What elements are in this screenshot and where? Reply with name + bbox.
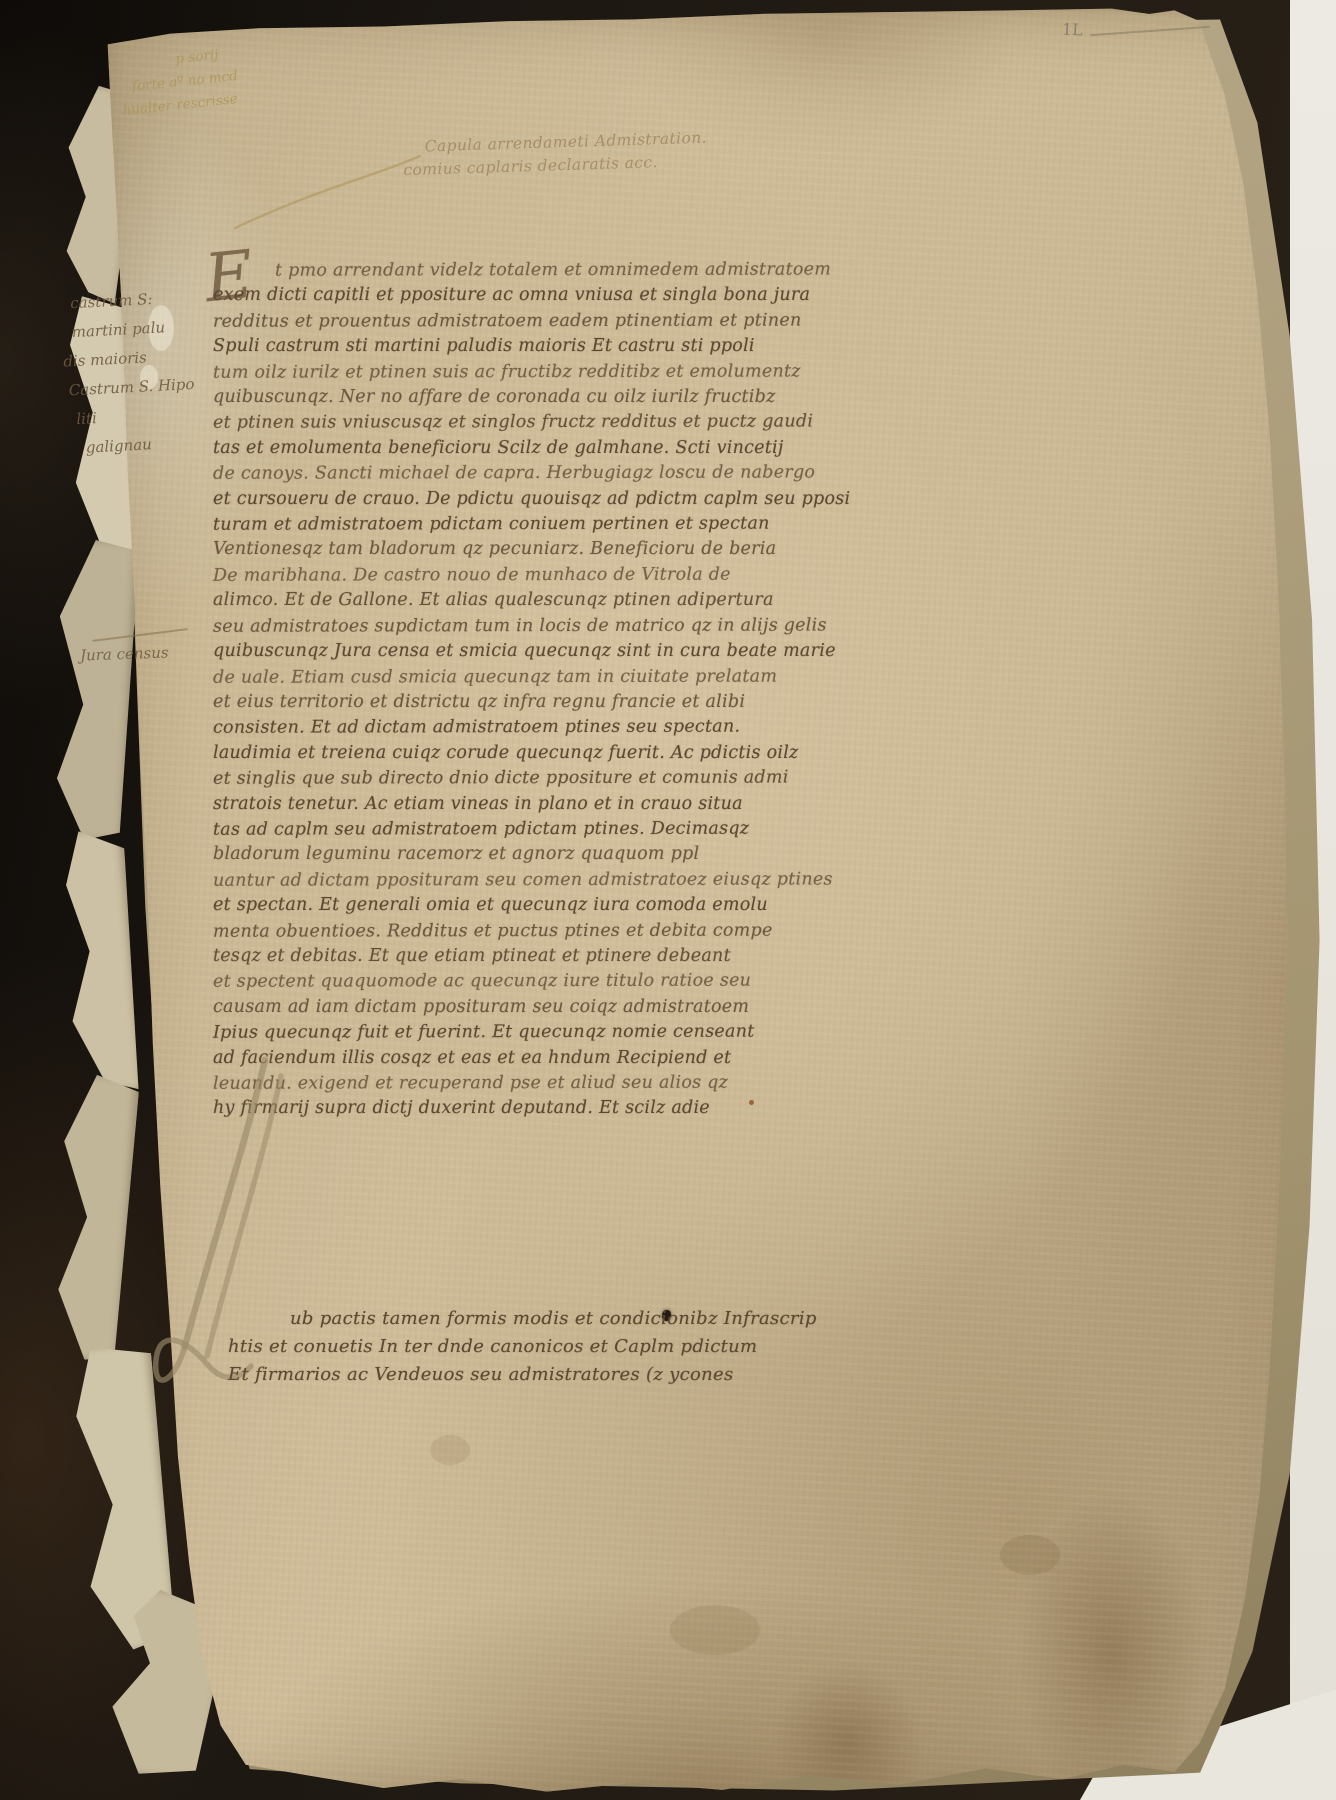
margin-note-jura: Jura census xyxy=(80,643,169,664)
text-line: tum oilz iurilz et ptinen suis ac fructi… xyxy=(213,359,913,386)
main-text-block: t pmo arrendant videlz totalem et omnime… xyxy=(213,258,913,1122)
text-line: tas ad caplm seu admistratoem pdictam pt… xyxy=(213,816,913,843)
stain-spot xyxy=(670,1605,760,1655)
frayed-gutter-tatter xyxy=(44,538,140,842)
margin-note-castra: castrum S: martini palu dis maioris Cast… xyxy=(70,283,199,463)
text-line: Spuli castrum sti martini paludis maiori… xyxy=(213,334,913,359)
manuscript-scan: 1L p sorij forte aº no mcd hualter rescr… xyxy=(0,0,1336,1800)
text-line: exem dicti capitli et ppositure ac omna … xyxy=(213,283,913,308)
corner-foliation-mark: 1L xyxy=(1062,19,1084,39)
text-line: de uale. Etiam cusd smicia quecunqz tam … xyxy=(213,664,913,691)
text-line: causam ad iam dictam pposituram seu coiq… xyxy=(213,995,913,1020)
text-line: de canoys. Sancti michael de capra. Herb… xyxy=(213,461,913,488)
stain-spot xyxy=(430,1435,470,1465)
text-line: et singlis que sub directo dnio dicte pp… xyxy=(213,765,913,792)
text-line: De maribhana. De castro nouo de munhaco … xyxy=(213,562,913,589)
text-line: et ptinen suis vniuscusqz et singlos fru… xyxy=(213,410,913,437)
text-line: Et firmarios ac Vendeuos seu admistrator… xyxy=(228,1361,817,1389)
upper-left-annotation: p sorij forte aº no mcd hualter rescriss… xyxy=(117,42,242,123)
text-line: et spectent quaquomode ac quecunqz iure … xyxy=(213,969,913,996)
chapter-heading: Capula arrendameti Admistration. comius … xyxy=(424,127,708,182)
text-line: Ventionesqz tam bladorum qz pecuniarz. B… xyxy=(213,537,913,562)
text-line: et cursoueru de crauo. De pdictu quouisq… xyxy=(213,487,913,512)
stain-spot xyxy=(1000,1535,1060,1575)
text-line: quibuscunqz. Ner no affare de coronada c… xyxy=(213,385,913,410)
text-line: hy firmarij supra dictj duxerint deputan… xyxy=(213,1096,913,1121)
text-line: ub pactis tamen formis modis et condicio… xyxy=(290,1305,817,1333)
text-line: turam et admistratoem pdictam coniuem pe… xyxy=(213,511,913,538)
text-line: menta obuentioes. Redditus et puctus pti… xyxy=(213,918,913,945)
margin-line: Jura census xyxy=(80,643,169,664)
rust-spot xyxy=(749,1100,754,1105)
closing-text-block: ub pactis tamen formis modis et condicio… xyxy=(228,1305,817,1389)
text-line: et spectan. Et generali omia et quecunqz… xyxy=(213,893,913,918)
text-line: stratois tenetur. Ac etiam vineas in pla… xyxy=(213,792,913,817)
text-line: redditus et prouentus admistratoem eadem… xyxy=(213,308,913,335)
text-line: quibuscunqz Jura censa et smicia quecunq… xyxy=(213,639,913,664)
text-line: bladorum leguminu racemorz et agnorz qua… xyxy=(213,842,913,867)
text-line: alimco. Et de Gallone. Et alias qualescu… xyxy=(213,588,913,613)
text-line: uantur ad dictam pposituram seu comen ad… xyxy=(213,867,913,894)
text-line: ad faciendum illis cosqz et eas et ea hn… xyxy=(213,1046,913,1071)
margin-line: galignau xyxy=(85,428,198,463)
text-line: laudimia et treiena cuiqz corude quecunq… xyxy=(213,741,913,766)
text-line: htis et conuetis In ter dnde canonicos e… xyxy=(228,1333,817,1361)
text-line: consisten. Et ad dictam admistratoem pti… xyxy=(213,715,913,742)
text-line: seu admistratoes supdictam tum in locis … xyxy=(213,613,913,640)
text-line: tesqz et debitas. Et que etiam ptineat e… xyxy=(213,944,913,969)
text-line: t pmo arrendant videlz totalem et omnime… xyxy=(275,257,913,284)
text-line: Ipius quecunqz fuit et fuerint. Et quecu… xyxy=(213,1019,913,1046)
text-line: leuandu. exigend et recuperand pse et al… xyxy=(213,1070,913,1097)
text-line: et eius territorio et districtu qz infra… xyxy=(213,690,913,715)
text-line: tas et emolumenta beneficioru Scilz de g… xyxy=(213,436,913,461)
